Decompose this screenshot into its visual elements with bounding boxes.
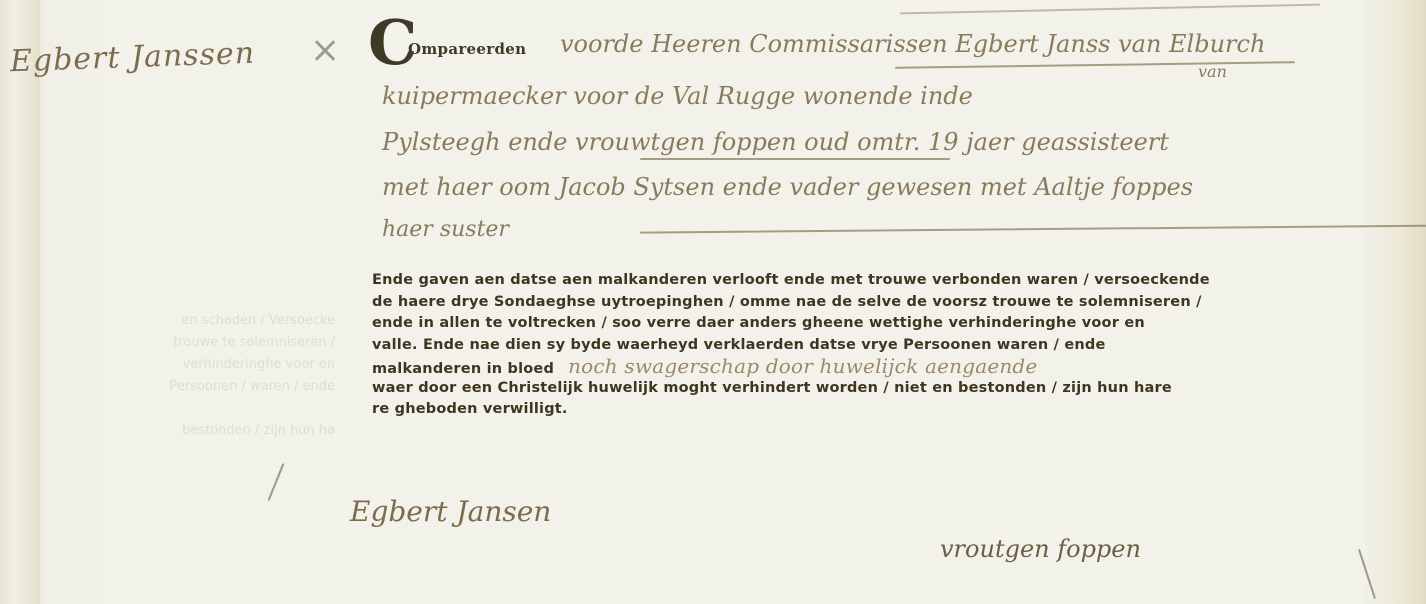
printed-line-5-text: malkanderen in bloed [372,361,554,377]
printed-line-6: waer door een Christelijk huwelijk moght… [372,378,1417,400]
handwritten-line-2: kuipermaecker voor de Val Rugge wonende … [382,82,973,110]
show-through-text: en schaden / Versoecke trouwe te solemni… [95,310,335,442]
handwritten-line-1: voorde Heeren Commissarissen Egbert Jans… [560,30,1265,58]
margin-cross-mark: × [310,30,340,71]
printed-formula: Ende gaven aen datse aen malkanderen ver… [372,270,1417,421]
manuscript-page: en schaden / Versoecke trouwe te solemni… [0,0,1426,604]
pencil-slash-mark [268,463,285,501]
show-through-line [95,398,335,420]
pencil-slash-mark-right [1358,549,1376,599]
show-through-line: verhinderinghe voor en [95,354,335,376]
printed-line-5: malkanderen in bloednoch swagerschap doo… [372,356,1417,378]
strike-line-top [900,4,1320,15]
name-underline-bride [640,158,950,160]
show-through-line: trouwe te solemniseren / [95,332,335,354]
handwritten-line-4: met haer oom Jacob Sytsen ende vader gew… [382,173,1193,201]
printed-line-3: ende in allen te voltrecken / soo verre … [372,313,1417,335]
handwritten-line-5: haer suster [382,217,509,242]
bride-signature: vroutgen foppen [940,535,1141,563]
interlinear-insertion: van [1198,62,1227,81]
handwritten-insert: noch swagerschap door huwelijck aengaend… [568,354,1037,378]
printed-lead-word: Ompareerden [408,40,526,58]
name-underline-witness [640,224,1426,233]
printed-line-2: de haere drye Sondaeghse uytroepinghen /… [372,292,1417,314]
groom-signature: Egbert Jansen [350,495,551,528]
printed-line-7: re gheboden verwilligt. [372,399,1417,421]
printed-line-1: Ende gaven aen datse aen malkanderen ver… [372,270,1417,292]
name-underline-groom [895,61,1295,69]
handwritten-line-3: Pylsteegh ende vrouwtgen foppen oud omtr… [382,128,1169,156]
show-through-line: en schaden / Versoecke [95,310,335,332]
margin-name: Egbert Janssen [9,36,255,80]
page-fold [38,0,41,604]
show-through-line: bestonden / zijn hun ha [95,420,335,442]
printed-line-4: valle. Ende nae dien sy byde waerheyd ve… [372,335,1417,357]
show-through-line: Persoonen / waren / ende [95,376,335,398]
